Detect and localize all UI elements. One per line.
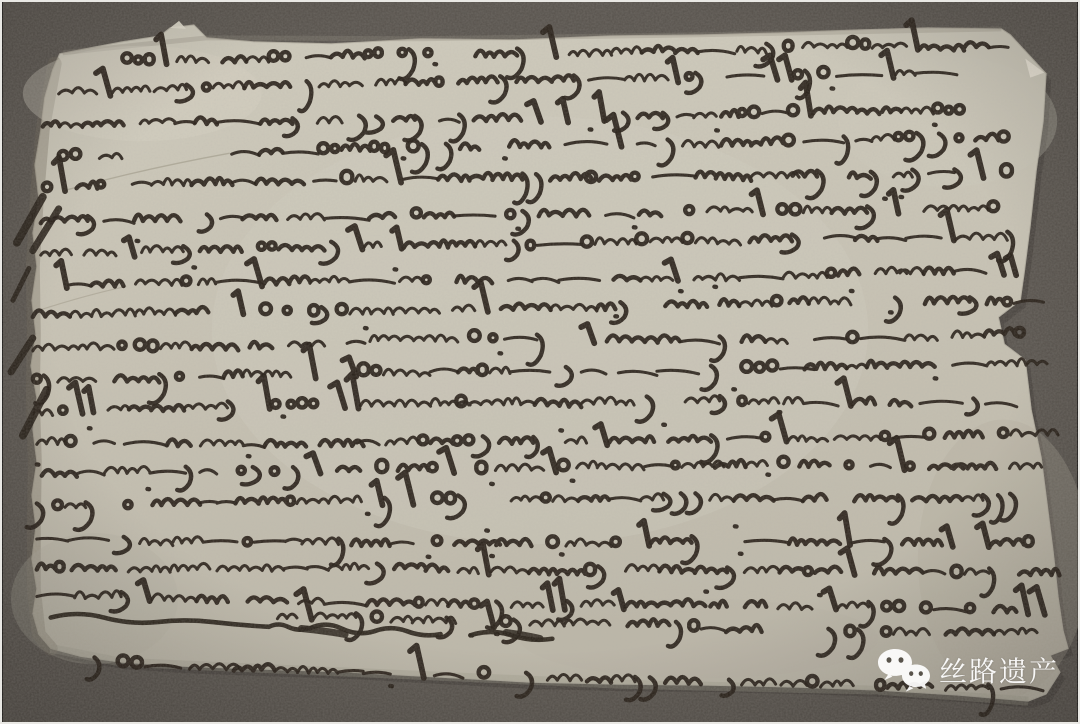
photo-vignette [3, 2, 1077, 722]
manuscript-photo: 丝路遗产 [0, 0, 1080, 724]
manuscript-canvas [2, 2, 1078, 722]
